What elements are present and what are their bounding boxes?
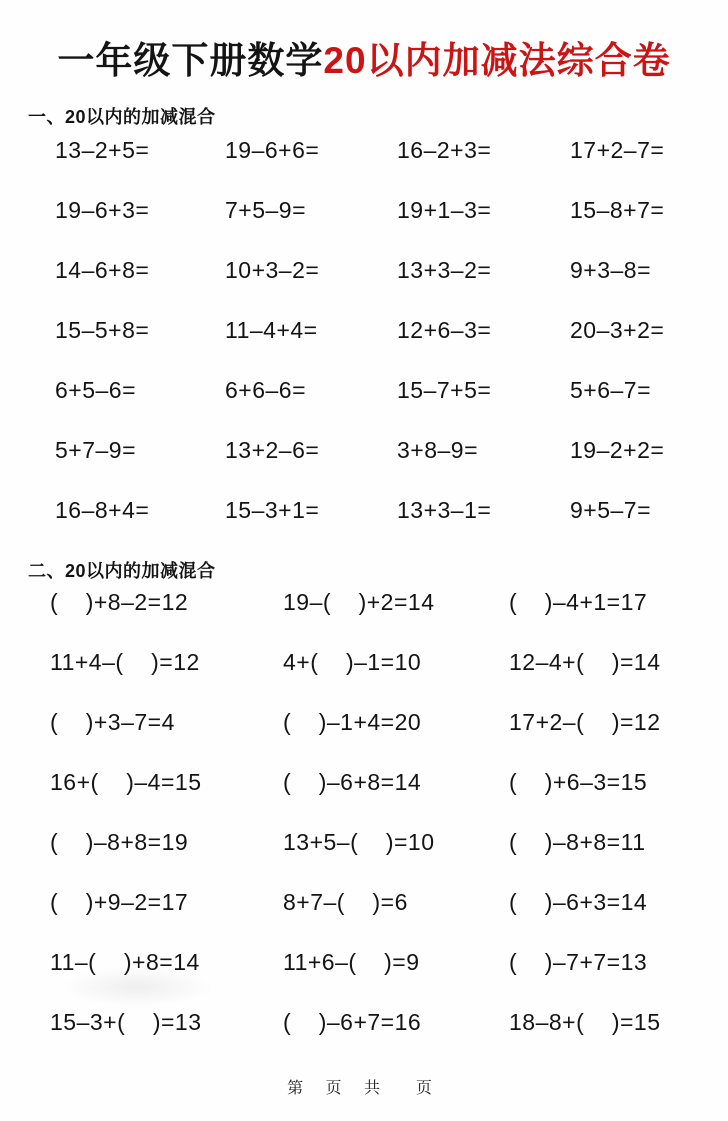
math-problem: ( )–7+7=13	[509, 932, 722, 992]
math-problem: 11+6–( )=9	[283, 932, 509, 992]
math-problem: 15–3+1=	[225, 480, 397, 540]
math-problem: ( )–6+3=14	[509, 872, 722, 932]
math-problem: 4+( )–1=10	[283, 632, 509, 692]
math-problem: 15–8+7=	[570, 180, 720, 240]
math-problem: 9+3–8=	[570, 240, 720, 300]
math-problem: ( )+9–2=17	[50, 872, 283, 932]
math-problem: ( )–8+8=19	[50, 812, 283, 872]
math-problem: 11–( )+8=14	[50, 932, 283, 992]
math-problem: 5+6–7=	[570, 360, 720, 420]
math-problem: 6+5–6=	[55, 360, 225, 420]
math-problem: 3+8–9=	[397, 420, 570, 480]
math-problem: 13–2+5=	[55, 120, 225, 180]
math-problem: ( )+3–7=4	[50, 692, 283, 752]
math-problem: 17+2–( )=12	[509, 692, 722, 752]
math-problem: 11–4+4=	[225, 300, 397, 360]
math-problem: 19–6+6=	[225, 120, 397, 180]
math-problem: ( )–6+7=16	[283, 992, 509, 1052]
math-problem: ( )+6–3=15	[509, 752, 722, 812]
math-problem: ( )+8–2=12	[50, 572, 283, 632]
math-problem: 12–4+( )=14	[509, 632, 722, 692]
math-problem: 18–8+( )=15	[509, 992, 722, 1052]
math-problem: 15–5+8=	[55, 300, 225, 360]
math-problem: 10+3–2=	[225, 240, 397, 300]
math-problem: 7+5–9=	[225, 180, 397, 240]
math-problem: 13+3–1=	[397, 480, 570, 540]
section1-problems-grid: 13–2+5=19–6+6=16–2+3=17+2–7=19–6+3=7+5–9…	[55, 120, 720, 540]
math-problem: 13+5–( )=10	[283, 812, 509, 872]
section2-problems-grid: ( )+8–2=1219–( )+2=14( )–4+1=1711+4–( )=…	[50, 572, 722, 1052]
math-problem: 16–2+3=	[397, 120, 570, 180]
math-problem: 15–7+5=	[397, 360, 570, 420]
math-problem: ( )–4+1=17	[509, 572, 722, 632]
math-problem: 20–3+2=	[570, 300, 720, 360]
math-problem: 8+7–( )=6	[283, 872, 509, 932]
math-problem: 5+7–9=	[55, 420, 225, 480]
math-problem: ( )–8+8=11	[509, 812, 722, 872]
math-problem: 13+2–6=	[225, 420, 397, 480]
page-footer: 第 页 共 页	[0, 1075, 728, 1098]
math-problem: 16+( )–4=15	[50, 752, 283, 812]
math-problem: 13+3–2=	[397, 240, 570, 300]
page-title: 一年级下册数学20以内加减法综合卷	[0, 30, 728, 84]
math-problem: 6+6–6=	[225, 360, 397, 420]
math-problem: 19–2+2=	[570, 420, 720, 480]
math-problem: 19–( )+2=14	[283, 572, 509, 632]
math-problem: 16–8+4=	[55, 480, 225, 540]
math-problem: 17+2–7=	[570, 120, 720, 180]
page-title-black-part: 一年级下册数学	[57, 40, 323, 81]
math-problem: ( )–6+8=14	[283, 752, 509, 812]
math-problem: 12+6–3=	[397, 300, 570, 360]
page-title-red-part: 20以内加减法综合卷	[323, 40, 670, 81]
worksheet-page: 一年级下册数学20以内加减法综合卷 一、20以内的加减混合 13–2+5=19–…	[0, 0, 728, 1121]
math-problem: 15–3+( )=13	[50, 992, 283, 1052]
math-problem: 11+4–( )=12	[50, 632, 283, 692]
math-problem: 9+5–7=	[570, 480, 720, 540]
math-problem: 19–6+3=	[55, 180, 225, 240]
math-problem: 14–6+8=	[55, 240, 225, 300]
math-problem: ( )–1+4=20	[283, 692, 509, 752]
math-problem: 19+1–3=	[397, 180, 570, 240]
